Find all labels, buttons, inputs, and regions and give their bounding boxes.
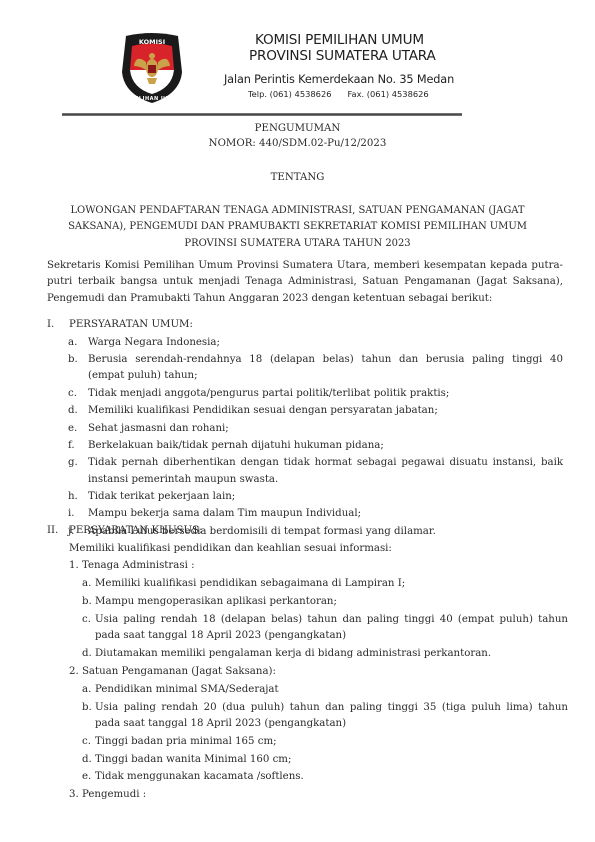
list-item-text: Mampu bekerja sama dalam Tim maupun Indi… xyxy=(88,508,361,519)
list-item-text: instansi pemerintah maupun swasta. xyxy=(88,474,278,485)
list-item-text: Usia paling rendah 18 (delapan belas) ta… xyxy=(95,614,568,625)
list-item-label: c. xyxy=(68,388,77,399)
list-item-text: Berusia serendah-rendahnya 18 (delapan b… xyxy=(88,354,563,365)
list-item-label: a. xyxy=(82,684,91,695)
svg-text:KOMISI: KOMISI xyxy=(139,38,165,46)
list-item-text: pada saat tanggal 18 April 2023 (pengang… xyxy=(95,718,346,729)
list-item-label: g. xyxy=(68,457,78,468)
announcement-title: LOWONGAN PENDAFTARAN TENAGA ADMINISTRASI… xyxy=(0,203,595,252)
list-item-text: Pendidikan minimal SMA/Sederajat xyxy=(95,684,279,695)
subsection-title: 1. Tenaga Administrasi : xyxy=(69,560,195,571)
list-item-label: f. xyxy=(68,440,75,451)
announcement-number: NOMOR: 440/SDM.02-Pu/12/2023 xyxy=(0,138,595,149)
section-number: I. xyxy=(47,319,54,330)
list-item-text: Tidak pernah diberhentikan dengan tidak … xyxy=(88,457,563,468)
list-item-text: Berkelakuan baik/tidak pernah dijatuhi h… xyxy=(88,440,384,451)
contact-line: Telp. (061) 4538626Fax. (061) 4538626 xyxy=(248,89,429,99)
list-item-text: Mampu mengoperasikan aplikasi perkantora… xyxy=(95,596,337,607)
list-item-label: e. xyxy=(82,771,91,782)
title-line: PROVINSI SUMATERA UTARA TAHUN 2023 xyxy=(0,236,595,252)
list-item-text: Usia paling rendah 20 (dua puluh) tahun … xyxy=(95,702,568,713)
list-item-text: Tinggi badan pria minimal 165 cm; xyxy=(95,736,277,747)
list-item-label: d. xyxy=(82,754,92,765)
list-item-label: c. xyxy=(82,736,91,747)
list-item-label: c. xyxy=(82,614,91,625)
title-line: SAKSANA), PENGEMUDI DAN PRAMUBAKTI SEKRE… xyxy=(0,219,595,235)
list-item-text: Sehat jasmasni dan rohani; xyxy=(88,423,229,434)
subsection-title: 3. Pengemudi : xyxy=(69,789,146,800)
list-item-text: Tidak menggunakan kacamata /softlens. xyxy=(95,771,304,782)
list-item-text: Tidak terikat pekerjaan lain; xyxy=(88,491,235,502)
document-page: KOMISI PEMILIHAN UMUM KOMISI PEMILIHAN U… xyxy=(0,0,595,842)
section-intro: Memiliki kualifikasi pendidikan dan keah… xyxy=(69,543,392,554)
list-item-text: Tinggi badan wanita Minimal 160 cm; xyxy=(95,754,291,765)
list-item-label: b. xyxy=(82,702,92,713)
list-item-label: d. xyxy=(68,405,78,416)
letterhead-divider xyxy=(62,113,462,116)
list-item-label: a. xyxy=(82,578,91,589)
announcement-about: TENTANG xyxy=(0,172,595,183)
intro-paragraph: Sekretaris Komisi Pemilihan Umum Provins… xyxy=(47,258,563,307)
telephone: Telp. (061) 4538626 xyxy=(248,89,332,99)
list-item-label: d. xyxy=(82,648,92,659)
section-title: PERSYARATAN UMUM: xyxy=(69,319,193,330)
institution-province: PROVINSI SUMATERA UTARA xyxy=(249,48,436,64)
svg-text:PEMILIHAN UMUM: PEMILIHAN UMUM xyxy=(123,96,181,102)
institution-address: Jalan Perintis Kemerdekaan No. 35 Medan xyxy=(224,73,454,86)
section-title: PERSYARATAN KHUSUS: xyxy=(69,525,203,536)
list-item-text: Tidak menjadi anggota/pengurus partai po… xyxy=(88,388,449,399)
list-item-label: a. xyxy=(68,337,77,348)
list-item-label: h. xyxy=(68,491,78,502)
list-item-text: (empat puluh) tahun; xyxy=(88,370,198,381)
list-item-label: e. xyxy=(68,423,77,434)
title-line: LOWONGAN PENDAFTARAN TENAGA ADMINISTRASI… xyxy=(0,203,595,219)
fax: Fax. (061) 4538626 xyxy=(348,89,429,99)
list-item-text: Memiliki kualifikasi pendidikan sebagaim… xyxy=(95,578,405,589)
announcement-type: PENGUMUMAN xyxy=(0,123,595,134)
list-item-text: Memiliki kualifikasi Pendidikan sesuai d… xyxy=(88,405,438,416)
list-item-text: pada saat tanggal 18 April 2023 (pengang… xyxy=(95,630,346,641)
list-item-label: b. xyxy=(68,354,78,365)
list-item-text: Diutamakan memiliki pengalaman kerja di … xyxy=(95,648,491,659)
list-item-text: Warga Negara Indonesia; xyxy=(88,337,220,348)
list-item-label: b. xyxy=(82,596,92,607)
list-item-label: i. xyxy=(68,508,75,519)
kpu-logo-icon: KOMISI PEMILIHAN UMUM xyxy=(120,32,184,104)
institution-name: KOMISI PEMILIHAN UMUM xyxy=(255,32,424,48)
section-number: II. xyxy=(47,525,58,536)
subsection-title: 2. Satuan Pengamanan (Jagat Saksana): xyxy=(69,666,276,677)
